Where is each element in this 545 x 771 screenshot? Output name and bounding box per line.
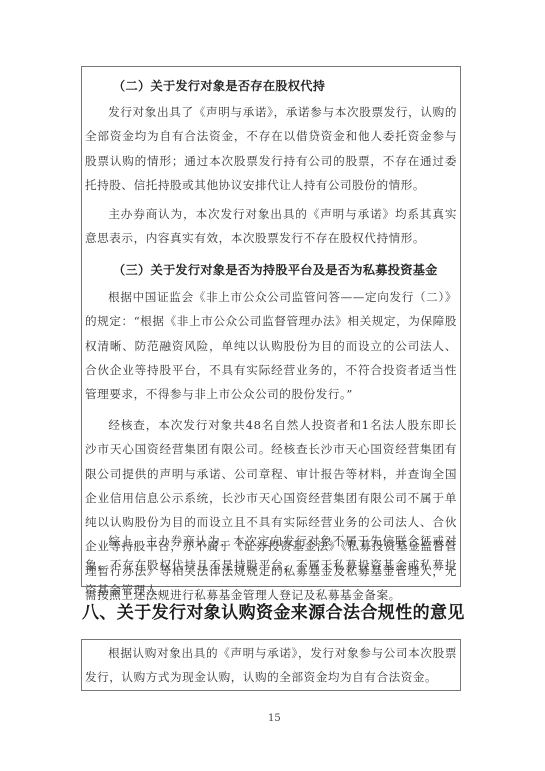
paragraph-text: 主办券商认为，本次发行对象出具的《声明与承诺》均系其真实意思表示，内容真实有效，… [85, 207, 457, 245]
subsection-2-para-1: 发行对象出具了《声明与承诺》，承诺参与本次股票发行，认购的全部资金均为自有合法资… [85, 100, 457, 197]
subsection-3-para-1: 根据中国证监会《非上市公众公司监管问答——定向发行（二）》的规定：“根据《非上市… [85, 285, 457, 406]
opinion-box-shareholding: （二）关于发行对象是否存在股权代持 发行对象出具了《声明与承诺》，承诺参与本次股… [81, 66, 461, 587]
subsection-2-para-2: 主办券商认为，本次发行对象出具的《声明与承诺》均系其真实意思表示，内容真实有效，… [85, 202, 457, 251]
paragraph-text: 综上，主办券商认为，本次定向发行对象不属于失信联合惩戒对象、不存在股权代持且不是… [85, 534, 457, 597]
subsection-2-title: （二）关于发行对象是否存在股权代持 [85, 77, 457, 94]
section-8-para: 根据认购对象出具的《声明与承诺》，发行对象参与公司本次股票发行，认购方式为现金认… [85, 641, 457, 690]
opinion-box-fund-source: 根据认购对象出具的《声明与承诺》，发行对象参与公司本次股票发行，认购方式为现金认… [81, 639, 461, 691]
paragraph-text: 发行对象出具了《声明与承诺》，承诺参与本次股票发行，认购的全部资金均为自有合法资… [85, 105, 457, 192]
paragraph-text: 根据中国证监会《非上市公众公司监管问答——定向发行（二）》的规定：“根据《非上市… [85, 290, 457, 401]
subsection-3-para-3: 综上，主办券商认为，本次定向发行对象不属于失信联合惩戒对象、不存在股权代持且不是… [85, 529, 457, 602]
paragraph-text: 根据认购对象出具的《声明与承诺》，发行对象参与公司本次股票发行，认购方式为现金认… [85, 646, 457, 684]
section-8-heading: 八、关于发行对象认购资金来源合法合规性的意见 [82, 598, 465, 623]
subsection-3-title: （三）关于发行对象是否为持股平台及是否为私募投资基金 [85, 261, 457, 278]
subsection-2: （二）关于发行对象是否存在股权代持 [85, 77, 457, 94]
subsection-3: （三）关于发行对象是否为持股平台及是否为私募投资基金 [85, 261, 457, 278]
page-number: 15 [268, 713, 281, 724]
